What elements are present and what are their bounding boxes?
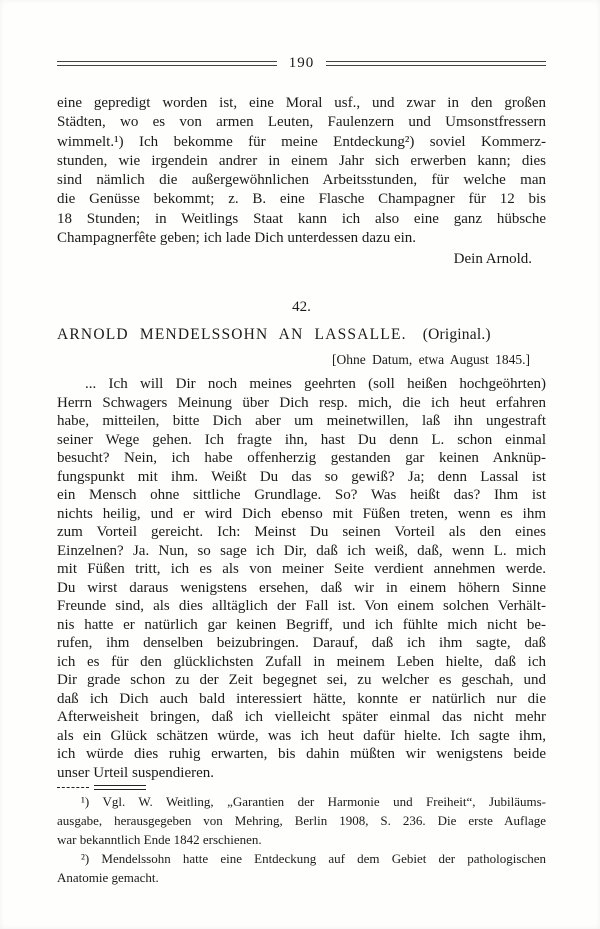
text-line: ein Mensch ohne sittliche Grundlage. So?… [57, 486, 546, 505]
text-line: fungspunkt mit ihm. Weißt Du das so gewi… [57, 468, 546, 487]
text-line: als ein Glück schätzen würde, was ich he… [57, 727, 546, 746]
letter-dateline: [Ohne Datum, etwa August 1845.] [57, 352, 546, 368]
text-line: wimmelt.¹) Ich bekomme für meine Entdeck… [57, 133, 546, 152]
footnote-separator [57, 785, 546, 790]
text-line: ²) Mendelssohn hatte eine Entdeckung auf… [57, 850, 546, 869]
text-line: 18 Stunden; in Weitlings Staat kann ich … [57, 210, 546, 229]
text-line: Du wirst daraus wenigstens ersehen, daß … [57, 579, 546, 598]
text-line: stunden, wie irgendein andrer in einem J… [57, 152, 546, 171]
book-page: 190 eine gepredigt worden ist, eine Mora… [0, 0, 600, 929]
text-line: nis hatte er natürlich gar keinen Begrif… [57, 616, 546, 635]
text-line: Freunde sind, als dies alltäglich der Fa… [57, 597, 546, 616]
text-line: sind nämlich die außergewöhnlichen Arbei… [57, 171, 546, 190]
text-line: daß ich Dich auch bald interessiert hätt… [57, 690, 546, 709]
text-line: unser Urteil suspendieren. [57, 764, 546, 783]
footnote-separator-dashes [57, 787, 89, 788]
footnote-2: ²) Mendelssohn hatte eine Entdeckung auf… [57, 850, 546, 888]
text-line: Dir grade schon zu der Zeit begegnet sei… [57, 671, 546, 690]
text-line: Einzelnen? Ja. Nun, so sage ich Dir, daß… [57, 542, 546, 561]
page-number: 190 [277, 55, 327, 71]
text-line: rufen, ihm denselben beizubringen. Darau… [57, 634, 546, 653]
text-line: habe, mitteilen, bitte Dich aber um mein… [57, 412, 546, 431]
text-line: Herrn Schwagers Meinung über Dich resp. … [57, 394, 546, 413]
text-line: war bekanntlich Ende 1842 erschienen. [57, 831, 546, 850]
letter-body: ... Ich will Dir noch meines geehrten (s… [57, 375, 546, 782]
letter-number: 42. [57, 299, 546, 316]
text-line: besucht? Nein, ich habe offenherzig gest… [57, 449, 546, 468]
text-line: ausgabe, herausgegeben von Mehring, Berl… [57, 812, 546, 831]
letter-title-caps: ARNOLD MENDELSSOHN AN LASSALLE. [57, 326, 407, 343]
text-line: ich würde dies ruhig erwarten, bis dahin… [57, 745, 546, 764]
letter-title: ARNOLD MENDELSSOHN AN LASSALLE.(Original… [57, 326, 546, 344]
text-line: seiner Wege gehen. Ich fragte ihn, hast … [57, 431, 546, 450]
text-line: Anatomie gemacht. [57, 869, 546, 888]
signature-line: Dein Arnold. [57, 250, 546, 269]
text-line: ... Ich will Dir noch meines geehrten (s… [57, 375, 546, 394]
text-line: zum Vorteil gereicht. Ich: Meinst Du sei… [57, 523, 546, 542]
text-line: mit Füßen tritt, ich es als von meiner S… [57, 560, 546, 579]
page-header: 190 [57, 55, 546, 71]
text-line: Champagnerfête geben; ich lade Dich unte… [57, 229, 546, 248]
text-line: die Genüsse bekommt; z. B. eine Flasche … [57, 190, 546, 209]
text-line: eine gepredigt worden ist, eine Moral us… [57, 94, 546, 113]
text-line: Städten, wo es von armen Leuten, Faulenz… [57, 113, 546, 132]
footnote-1: ¹) Vgl. W. Weitling, „Garantien der Harm… [57, 793, 546, 850]
text-line: Afterweisheit bringen, daß ich vielleich… [57, 708, 546, 727]
text-line: ich es für den glücklichsten Zufall in m… [57, 653, 546, 672]
footnotes-block: ¹) Vgl. W. Weitling, „Garantien der Harm… [57, 793, 546, 888]
previous-letter-continuation: eine gepredigt worden ist, eine Moral us… [57, 94, 546, 248]
letter-title-note: (Original.) [423, 326, 491, 343]
text-line: nichts heilig, und er wird Dich ebenso m… [57, 505, 546, 524]
footnote-separator-rule [94, 785, 146, 790]
header-rule-right [326, 61, 546, 66]
text-line: ¹) Vgl. W. Weitling, „Garantien der Harm… [57, 793, 546, 812]
header-rule-left [57, 61, 277, 66]
